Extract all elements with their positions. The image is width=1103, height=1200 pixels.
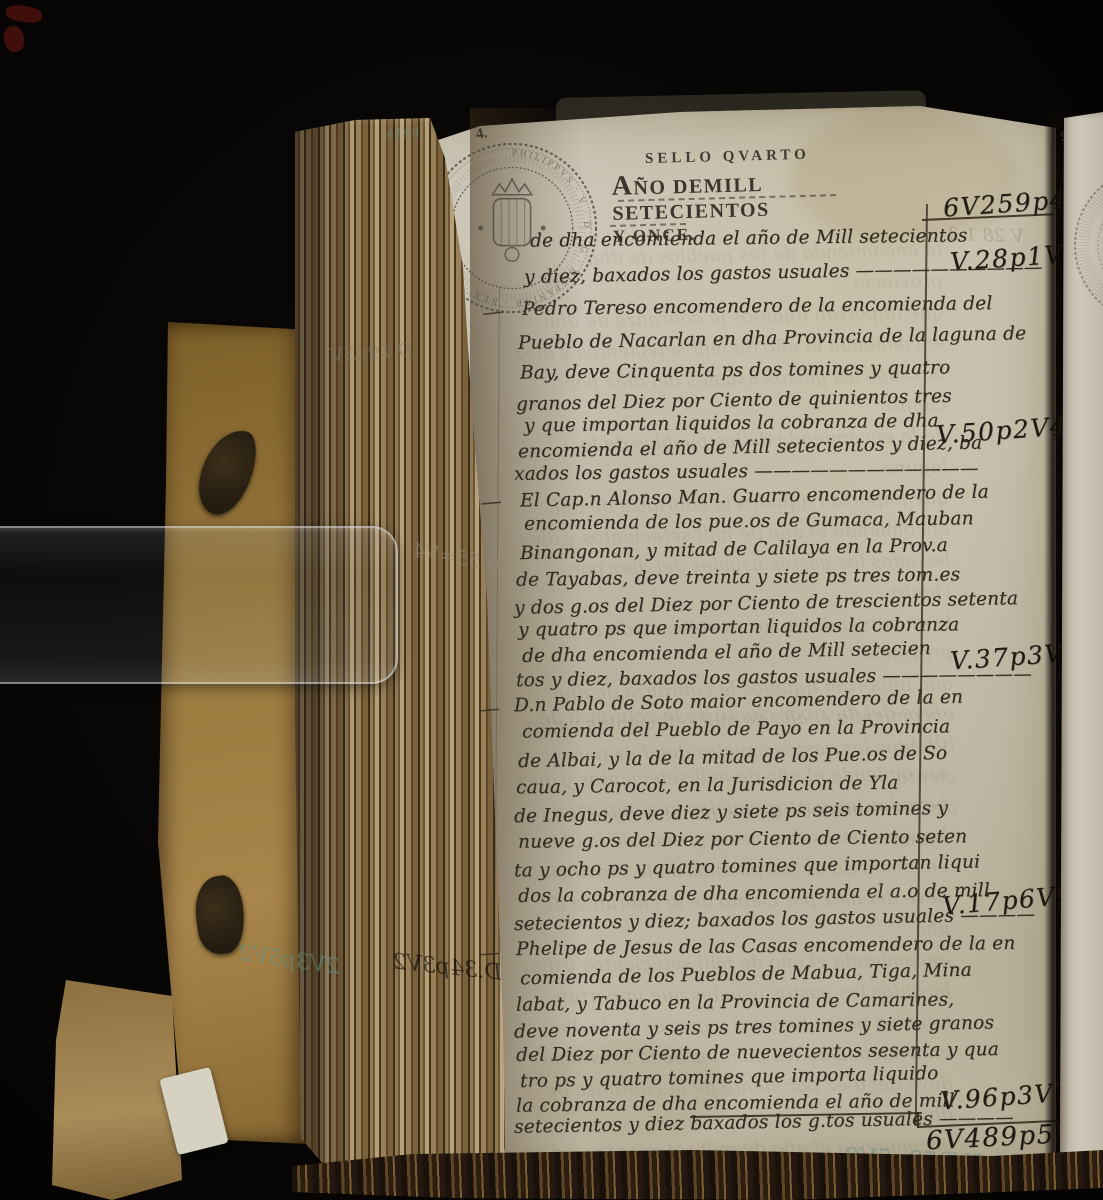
partial-seal-next-page (1058, 160, 1103, 330)
ghost-mark: — (477, 696, 501, 723)
ghost-mark: — (481, 299, 505, 326)
red-archive-mark (2, 24, 27, 54)
archival-photo-manuscript-page: la encomienda de los pueblos de dha prov… (0, 0, 1103, 1200)
tax-stamp-line2: AÑO DEMILL SETECIENTOS (611, 163, 912, 226)
acrylic-book-weight (0, 526, 398, 684)
ghost-mark: 4164 (385, 125, 421, 143)
bottom-page-edges (292, 1148, 1103, 1200)
red-archive-mark (5, 4, 43, 25)
ghost-mark: — (479, 489, 503, 516)
